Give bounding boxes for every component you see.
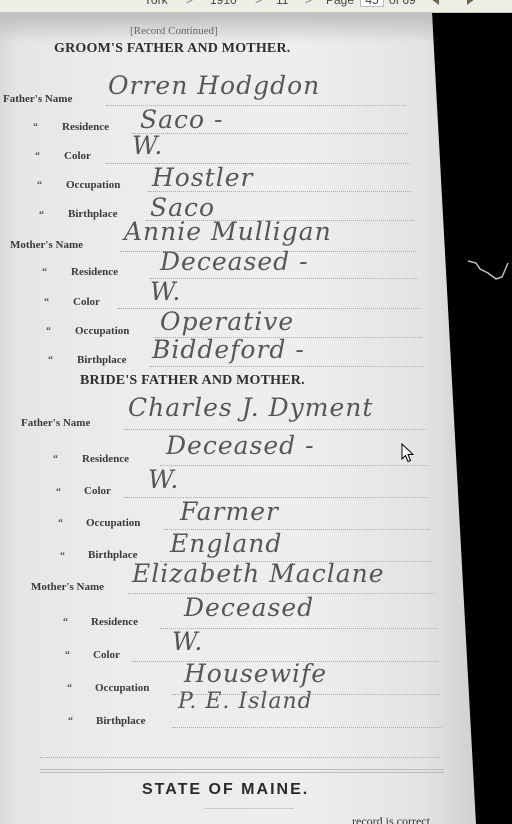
bride-father-occupation-label: Occupation [86,517,140,529]
groom-mother-name-value: Annie Mulligan [124,217,332,246]
bride-father-color-label: Color [84,485,111,497]
breadcrumb-volume[interactable]: 11 [276,0,288,7]
groom-mother-occupation-label: Occupation [75,325,129,337]
ditto-mark: “ [67,683,72,694]
bride-mother-birthplace-label: Birthplace [96,715,146,727]
groom-mother-color-value: W. [150,277,181,306]
ditto-mark: “ [33,122,38,133]
groom-father-name-value: Orren Hodgdon [108,71,320,100]
groom-father-name-label: Father's Name [3,93,72,105]
groom-father-occupation-value: Hostler [152,163,253,192]
bride-father-name-value: Charles J. Dyment [128,393,373,422]
groom-section-heading: GROOM'S FATHER AND MOTHER. [54,41,290,57]
groom-father-residence-label: Residence [62,121,109,133]
groom-mother-color-label: Color [73,296,100,308]
marriage-record-page: [Record Continued] GROOM'S FATHER AND MO… [0,13,476,824]
bride-father-birthplace-value: England [170,529,282,558]
breadcrumb-separator: > [186,0,193,7]
ditto-mark: “ [63,617,68,628]
groom-father-color-value: W. [132,131,163,160]
bride-mother-name-label: Mother's Name [31,581,104,593]
bride-mother-color-label: Color [93,649,120,661]
field-line [150,366,424,367]
field-line [148,191,412,192]
bride-mother-name-value: Elizabeth Maclane [132,559,385,588]
ditto-mark: “ [58,518,63,529]
groom-mother-occupation-value: Operative [160,307,294,336]
mouse-cursor-icon [401,443,415,463]
divider-line [204,808,294,809]
bride-father-occupation-value: Farmer [180,497,279,526]
bride-mother-occupation-label: Occupation [95,682,149,694]
ditto-mark: “ [42,267,47,278]
blank-line [40,757,440,758]
ditto-mark: “ [35,151,40,162]
ditto-mark: “ [60,551,65,562]
groom-mother-name-label: Mother's Name [10,239,83,251]
breadcrumb-separator: > [305,0,312,7]
ditto-mark: “ [68,716,73,727]
bride-father-birthplace-label: Birthplace [88,549,138,561]
bride-mother-residence-label: Residence [91,616,138,628]
ditto-mark: “ [37,180,42,191]
breadcrumb-separator: > [255,0,262,7]
divider-line [40,769,444,770]
page-number-input[interactable]: 45 [360,0,384,7]
previous-page-icon[interactable] [431,0,439,5]
bride-section-heading: BRIDE'S FATHER AND MOTHER. [80,373,305,389]
groom-mother-residence-value: Deceased - [160,247,309,276]
ditto-mark: “ [39,210,44,221]
page-crease-mark [466,249,512,289]
groom-mother-birthplace-value: Biddeford - [152,335,305,364]
bride-father-residence-value: Deceased - [166,431,315,460]
field-line [172,727,442,728]
bride-mother-color-value: W. [172,627,203,656]
groom-father-birthplace-label: Birthplace [68,208,118,220]
bride-father-name-label: Father's Name [21,417,90,429]
groom-mother-residence-label: Residence [71,266,118,278]
ditto-mark: “ [48,355,53,366]
bride-father-color-value: W. [148,465,179,494]
next-page-icon[interactable] [467,0,475,5]
ditto-mark: “ [53,454,58,465]
footer-partial-text: record is correct [352,814,430,824]
bride-mother-occupation-value: Housewife [184,659,327,688]
bride-mother-birthplace-value: P. E. Island [178,689,313,714]
page-label: Page [326,0,354,7]
page-total: of 69 [389,0,416,7]
breadcrumb-year[interactable]: 1910 [210,0,237,7]
groom-mother-birthplace-label: Birthplace [77,354,127,366]
document-image-viewer[interactable]: [Record Continued] GROOM'S FATHER AND MO… [0,13,512,824]
ditto-mark: “ [65,650,70,661]
image-navigation-bar: York > 1910 > 11 > Page 45 of 69 [0,0,512,13]
ditto-mark: “ [56,487,61,498]
record-continued-label: [Record Continued] [130,25,218,37]
field-line [160,465,428,466]
ditto-mark: “ [46,326,51,337]
breadcrumb-county[interactable]: York [144,0,168,7]
field-line [150,278,418,279]
state-of-maine-heading: STATE OF MAINE. [142,781,309,799]
groom-father-residence-value: Saco - [140,105,223,134]
field-line [124,429,426,430]
bride-father-residence-label: Residence [82,453,129,465]
divider-line [40,772,444,773]
ditto-mark: “ [44,297,49,308]
groom-father-occupation-label: Occupation [66,179,120,191]
field-line [132,133,408,134]
groom-father-color-label: Color [64,150,91,162]
bride-mother-residence-value: Deceased [184,593,314,622]
